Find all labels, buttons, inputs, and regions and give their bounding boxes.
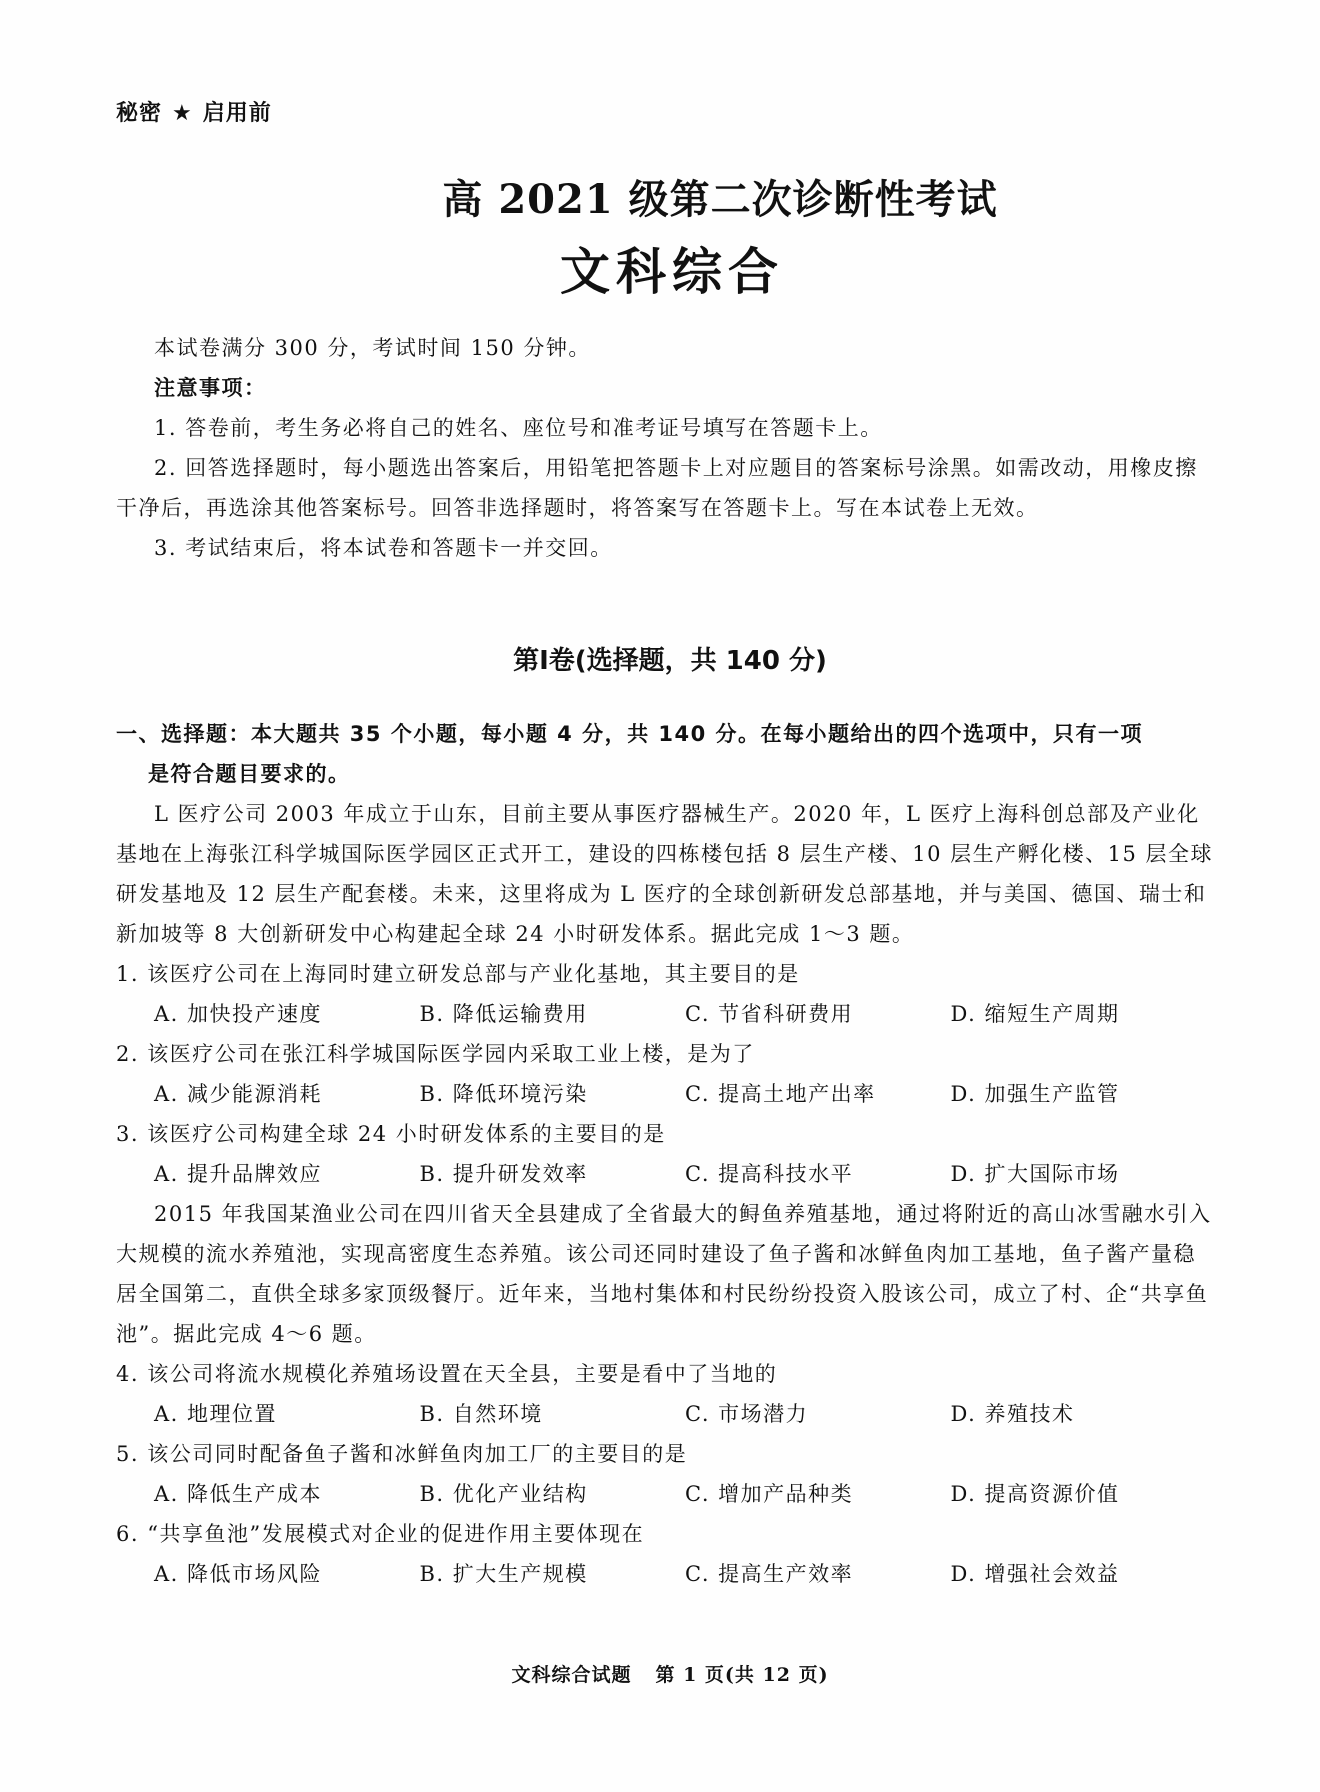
notice-item-3: 3. 考试结束后，将本试卷和答题卡一并交回。 — [116, 528, 1216, 568]
option-b: B. 降低运输费用 — [420, 994, 686, 1034]
exam-intro: 本试卷满分 300 分，考试时间 150 分钟。 — [116, 328, 1216, 368]
notice-item-1: 1. 答卷前，考生务必将自己的姓名、座位号和准考证号填写在答题卡上。 — [116, 408, 1216, 448]
option-d: D. 缩短生产周期 — [951, 994, 1217, 1034]
option-b: B. 扩大生产规模 — [420, 1554, 686, 1594]
question-2-stem: 2. 该医疗公司在张江科学城国际医学园内采取工业上楼，是为了 — [116, 1034, 1216, 1074]
option-d: D. 提高资源价值 — [951, 1474, 1217, 1514]
option-d: D. 加强生产监管 — [951, 1074, 1217, 1114]
option-a: A. 降低生产成本 — [154, 1474, 420, 1514]
question-2-options: A. 减少能源消耗 B. 降低环境污染 C. 提高土地产出率 D. 加强生产监管 — [116, 1074, 1216, 1114]
passage-2: 2015 年我国某渔业公司在四川省天全县建成了全省最大的鲟鱼养殖基地，通过将附近… — [116, 1194, 1216, 1354]
question-3-options: A. 提升品牌效应 B. 提升研发效率 C. 提高科技水平 D. 扩大国际市场 — [116, 1154, 1216, 1194]
question-4-stem: 4. 该公司将流水规模化养殖场设置在天全县，主要是看中了当地的 — [116, 1354, 1216, 1394]
footer-page-number: 第 1 页(共 12 页) — [655, 1664, 828, 1686]
confidential-label: 秘密★启用前 — [116, 96, 272, 127]
question-1-stem: 1. 该医疗公司在上海同时建立研发总部与产业化基地，其主要目的是 — [116, 954, 1216, 994]
option-a: A. 提升品牌效应 — [154, 1154, 420, 1194]
star-icon: ★ — [172, 101, 193, 126]
option-c: C. 提高生产效率 — [685, 1554, 951, 1594]
option-c: C. 市场潜力 — [685, 1394, 951, 1434]
question-3-stem: 3. 该医疗公司构建全球 24 小时研发体系的主要目的是 — [116, 1114, 1216, 1154]
question-5-options: A. 降低生产成本 B. 优化产业结构 C. 增加产品种类 D. 提高资源价值 — [116, 1474, 1216, 1514]
before-use-text: 启用前 — [203, 101, 272, 126]
option-d: D. 养殖技术 — [951, 1394, 1217, 1434]
option-d: D. 增强社会效益 — [951, 1554, 1217, 1594]
notice-title: 注意事项： — [116, 368, 1216, 408]
question-1-options: A. 加快投产速度 B. 降低运输费用 C. 节省科研费用 D. 缩短生产周期 — [116, 994, 1216, 1034]
option-d: D. 扩大国际市场 — [951, 1154, 1217, 1194]
question-6-options: A. 降低市场风险 B. 扩大生产规模 C. 提高生产效率 D. 增强社会效益 — [116, 1554, 1216, 1594]
section-title: 第Ⅰ卷(选择题，共 140 分) — [0, 640, 1320, 677]
secret-text: 秘密 — [116, 101, 162, 126]
footer-subject: 文科综合试题 — [511, 1664, 631, 1686]
passage-1: L 医疗公司 2003 年成立于山东，目前主要从事医疗器械生产。2020 年，L… — [116, 794, 1216, 954]
option-c: C. 提高科技水平 — [685, 1154, 951, 1194]
question-5-stem: 5. 该公司同时配备鱼子酱和冰鲜鱼肉加工厂的主要目的是 — [116, 1434, 1216, 1474]
directions-line-1: 一、选择题：本大题共 35 个小题，每小题 4 分，共 140 分。在每小题给出… — [116, 714, 1216, 754]
page-footer: 文科综合试题第 1 页(共 12 页) — [0, 1660, 1320, 1687]
option-c: C. 提高土地产出率 — [685, 1074, 951, 1114]
notice-item-2: 2. 回答选择题时，每小题选出答案后，用铅笔把答题卡上对应题目的答案标号涂黑。如… — [116, 448, 1216, 528]
passage-group-1: L 医疗公司 2003 年成立于山东，目前主要从事医疗器械生产。2020 年，L… — [116, 794, 1216, 1594]
directions-line-2: 是符合题目要求的。 — [116, 754, 1216, 794]
option-b: B. 提升研发效率 — [420, 1154, 686, 1194]
option-c: C. 节省科研费用 — [685, 994, 951, 1034]
option-a: A. 加快投产速度 — [154, 994, 420, 1034]
exam-title: 高 2021 级第二次诊断性考试 — [0, 168, 1320, 225]
option-a: A. 减少能源消耗 — [154, 1074, 420, 1114]
section-directions: 一、选择题：本大题共 35 个小题，每小题 4 分，共 140 分。在每小题给出… — [116, 714, 1216, 794]
instructions: 本试卷满分 300 分，考试时间 150 分钟。 注意事项： 1. 答卷前，考生… — [116, 328, 1216, 568]
option-c: C. 增加产品种类 — [685, 1474, 951, 1514]
option-b: B. 自然环境 — [420, 1394, 686, 1434]
question-4-options: A. 地理位置 B. 自然环境 C. 市场潜力 D. 养殖技术 — [116, 1394, 1216, 1434]
exam-page: 秘密★启用前 高 2021 级第二次诊断性考试 文科综合 本试卷满分 300 分… — [0, 0, 1320, 1792]
option-a: A. 降低市场风险 — [154, 1554, 420, 1594]
subject-title: 文科综合 — [0, 232, 1320, 304]
option-a: A. 地理位置 — [154, 1394, 420, 1434]
option-b: B. 降低环境污染 — [420, 1074, 686, 1114]
question-6-stem: 6. “共享鱼池”发展模式对企业的促进作用主要体现在 — [116, 1514, 1216, 1554]
option-b: B. 优化产业结构 — [420, 1474, 686, 1514]
